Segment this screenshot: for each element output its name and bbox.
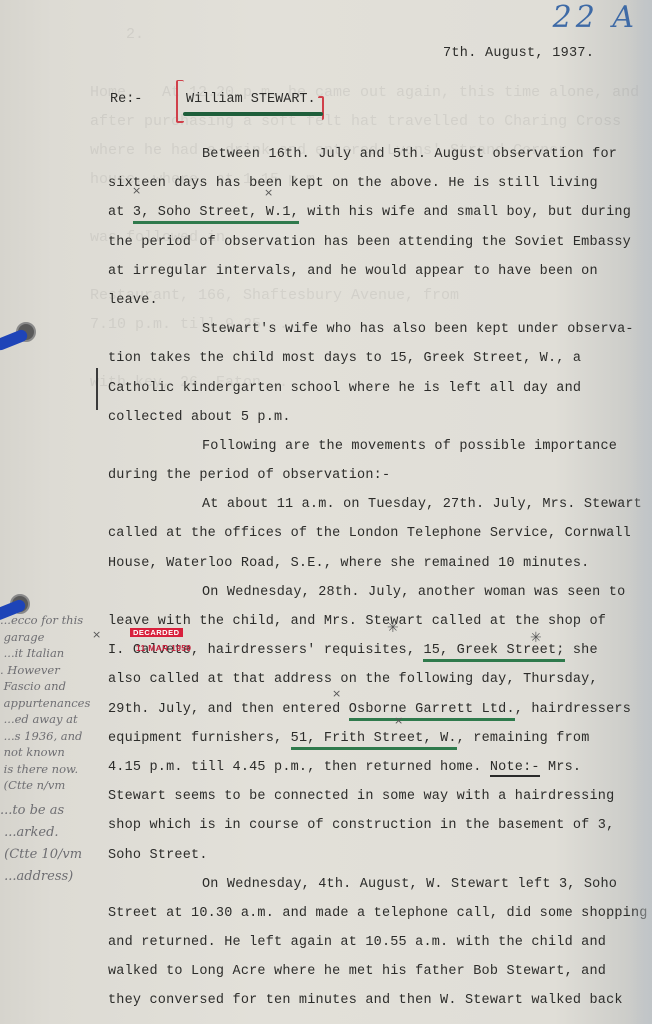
document-body: Between 16th. July and 5th. August obser…	[108, 140, 640, 1016]
folio-number: 22 A	[553, 0, 638, 35]
body-line: Catholic kindergarten school where he is…	[108, 374, 640, 403]
body-line: sixteen days has been kept on the above.…	[108, 169, 640, 198]
body-line: tion takes the child most days to 15, Gr…	[108, 344, 640, 373]
red-bracket-left	[176, 80, 184, 123]
red-bracket-right	[318, 96, 324, 120]
body-line: At about 11 a.m. on Tuesday, 27th. July,…	[108, 490, 640, 519]
treasury-tag-icon	[0, 328, 29, 352]
pencil-x-mark: ×	[132, 184, 141, 197]
underlined-address: 51, Frith Street, W.	[291, 731, 457, 750]
decarded-stamp: DECARDED	[130, 628, 183, 637]
body-line: at 3, Soho Street, W.1, with his wife an…	[108, 198, 640, 227]
body-line: and returned. He left again at 10.55 a.m…	[108, 928, 640, 957]
document-date: 7th. August, 1937.	[443, 46, 594, 61]
document-subject: William STEWART.	[186, 92, 316, 107]
body-line: On Wednesday, 28th. July, another woman …	[108, 578, 640, 607]
body-line: leave with the child, and Mrs. Stewart c…	[108, 607, 640, 636]
body-line: Between 16th. July and 5th. August obser…	[108, 140, 640, 169]
body-line: Soho Street.	[108, 841, 640, 870]
handwritten-margin-note: ...ecco for this garage ...it Italian . …	[0, 612, 90, 794]
underlined-address: 3, Soho Street, W.1,	[133, 205, 299, 224]
body-line: Street at 10.30 a.m. and made a telephon…	[108, 899, 640, 928]
body-line: the period of observation has been atten…	[108, 228, 640, 257]
handwritten-margin-note: ...to be as ...arked. (Ctte 10/vm ...add…	[0, 800, 82, 888]
body-line: walked to Long Acre where he met his fat…	[108, 957, 640, 986]
body-line: Following are the movements of possible …	[108, 432, 640, 461]
pencil-x-mark: ×	[394, 714, 403, 727]
body-line: also called at that address on the follo…	[108, 665, 640, 694]
body-line: during the period of observation:-	[108, 461, 640, 490]
pencil-asterisk-mark: ✳	[387, 620, 399, 636]
pencil-x-mark: ×	[92, 628, 101, 641]
body-line: House, Waterloo Road, S.E., where she re…	[108, 549, 640, 578]
note-label: Note:-	[490, 760, 540, 777]
body-line: shop which is in course of construction …	[108, 811, 640, 840]
body-line: they conversed for ten minutes and then …	[108, 986, 640, 1015]
body-line: at irregular intervals, and he would app…	[108, 257, 640, 286]
body-line: leave.	[108, 286, 640, 315]
body-line: equipment furnishers, 51, Frith Street, …	[108, 724, 640, 753]
pencil-x-mark: ×	[332, 687, 341, 700]
pencil-x-mark: ×	[264, 186, 273, 199]
body-line: collected about 5 p.m.	[108, 403, 640, 432]
stamp-date: 11 MAR 1959	[136, 643, 191, 653]
body-line: 4.15 p.m. till 4.45 p.m., then returned …	[108, 753, 640, 782]
body-line: Stewart seems to be connected in some wa…	[108, 782, 640, 811]
underlined-company: Osborne Garrett Ltd.	[349, 702, 515, 721]
page-edge-shadow	[630, 0, 652, 1024]
re-label: Re:-	[110, 92, 142, 107]
document-page: 2. Home. At 12.20 p.m. he came out again…	[0, 0, 652, 1024]
body-line: Stewart's wife who has also been kept un…	[108, 315, 640, 344]
subject-underline	[183, 112, 323, 116]
underlined-address: 15, Greek Street;	[423, 643, 564, 662]
body-line: On Wednesday, 4th. August, W. Stewart le…	[108, 870, 640, 899]
body-line: called at the offices of the London Tele…	[108, 519, 640, 548]
pencil-asterisk-mark: ✳	[530, 630, 542, 646]
margin-line-mark	[96, 368, 98, 410]
body-line: 29th. July, and then entered Osborne Gar…	[108, 695, 640, 724]
